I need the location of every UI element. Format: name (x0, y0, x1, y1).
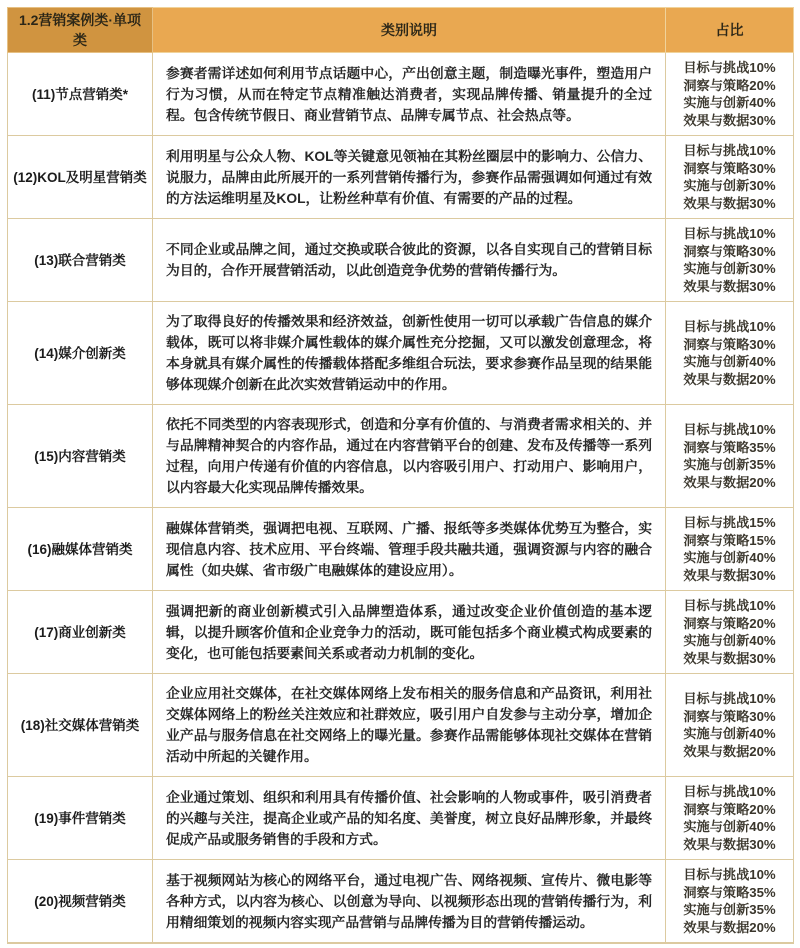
ratio-line: 目标与挑战10% (668, 783, 791, 801)
ratio-cell: 目标与挑战10%洞察与策略20%实施与创新40%效果与数据30% (666, 777, 794, 860)
ratio-line: 目标与挑战10% (668, 597, 791, 615)
table-row: (16)融媒体营销类 融媒体营销类，强调把电视、互联网、广播、报纸等多类媒体优势… (8, 508, 794, 591)
ratio-line: 效果与数据20% (668, 743, 791, 761)
category-cell: (11)节点营销类* (8, 53, 153, 136)
ratio-line: 实施与创新40% (668, 632, 791, 650)
table-row: (12)KOL及明星营销类 利用明星与公众人物、KOL等关键意见领袖在其粉丝圈层… (8, 136, 794, 219)
ratio-line: 洞察与策略30% (668, 160, 791, 178)
category-cell: (18)社交媒体营销类 (8, 674, 153, 777)
ratio-cell: 目标与挑战15%洞察与策略15%实施与创新40%效果与数据30% (666, 508, 794, 591)
ratio-cell: 目标与挑战10%洞察与策略30%实施与创新30%效果与数据30% (666, 219, 794, 302)
ratio-line: 效果与数据20% (668, 919, 791, 937)
description-cell: 不同企业或品牌之间，通过交换或联合彼此的资源，以各自实现自己的营销目标为目的，合… (153, 219, 666, 302)
category-cell: (16)融媒体营销类 (8, 508, 153, 591)
category-cell: (15)内容营销类 (8, 405, 153, 508)
ratio-line: 实施与创新40% (668, 725, 791, 743)
ratio-cell: 目标与挑战10%洞察与策略35%实施与创新35%效果与数据20% (666, 405, 794, 508)
category-cell: (19)事件营销类 (8, 777, 153, 860)
description-cell: 参赛者需详述如何利用节点话题中心，产出创意主题，制造曝光事件，塑造用户行为习惯，… (153, 53, 666, 136)
description-cell: 为了取得良好的传播效果和经济效益，创新性使用一切可以承载广告信息的媒介载体，既可… (153, 302, 666, 405)
ratio-cell: 目标与挑战10%洞察与策略30%实施与创新40%效果与数据20% (666, 674, 794, 777)
header-row: 1.2营销案例类·单项类 类别说明 占比 (8, 8, 794, 53)
ratio-line: 洞察与策略15% (668, 532, 791, 550)
description-cell: 融媒体营销类，强调把电视、互联网、广播、报纸等多类媒体优势互为整合，实现信息内容… (153, 508, 666, 591)
category-cell: (17)商业创新类 (8, 591, 153, 674)
ratio-line: 目标与挑战10% (668, 866, 791, 884)
table-row: (15)内容营销类 依托不同类型的内容表现形式，创造和分享有价值的、与消费者需求… (8, 405, 794, 508)
ratio-cell: 目标与挑战10%洞察与策略20%实施与创新40%效果与数据30% (666, 53, 794, 136)
ratio-line: 洞察与策略35% (668, 439, 791, 457)
description-cell: 企业应用社交媒体，在社交媒体网络上发布相关的服务信息和产品资讯，利用社交媒体网络… (153, 674, 666, 777)
table-body: (11)节点营销类* 参赛者需详述如何利用节点话题中心，产出创意主题，制造曝光事… (8, 53, 794, 944)
header-category-group: 1.2营销案例类·单项类 (8, 8, 153, 53)
ratio-line: 效果与数据30% (668, 836, 791, 854)
ratio-line: 效果与数据30% (668, 112, 791, 130)
page: { "table": { "header": { "col1": "1.2营销案… (0, 0, 800, 948)
ratio-line: 实施与创新40% (668, 353, 791, 371)
header-description: 类别说明 (153, 8, 666, 53)
ratio-cell: 目标与挑战10%洞察与策略30%实施与创新40%效果与数据20% (666, 302, 794, 405)
ratio-line: 目标与挑战15% (668, 514, 791, 532)
ratio-line: 实施与创新30% (668, 177, 791, 195)
ratio-line: 效果与数据20% (668, 371, 791, 389)
ratio-line: 洞察与策略30% (668, 708, 791, 726)
category-cell: (12)KOL及明星营销类 (8, 136, 153, 219)
ratio-cell: 目标与挑战10%洞察与策略20%实施与创新40%效果与数据30% (666, 591, 794, 674)
ratio-line: 目标与挑战10% (668, 142, 791, 160)
ratio-line: 洞察与策略20% (668, 615, 791, 633)
ratio-line: 洞察与策略30% (668, 243, 791, 261)
category-cell: (13)联合营销类 (8, 219, 153, 302)
table-row: (20)视频营销类 基于视频网站为核心的网络平台，通过电视广告、网络视频、宣传片… (8, 860, 794, 944)
header-ratio: 占比 (666, 8, 794, 53)
ratio-line: 实施与创新35% (668, 901, 791, 919)
description-cell: 企业通过策划、组织和利用具有传播价值、社会影响的人物或事件，吸引消费者的兴趣与关… (153, 777, 666, 860)
table-row: (13)联合营销类 不同企业或品牌之间，通过交换或联合彼此的资源，以各自实现自己… (8, 219, 794, 302)
ratio-line: 目标与挑战10% (668, 59, 791, 77)
ratio-line: 效果与数据30% (668, 567, 791, 585)
category-cell: (20)视频营销类 (8, 860, 153, 944)
ratio-line: 效果与数据30% (668, 195, 791, 213)
ratio-line: 目标与挑战10% (668, 421, 791, 439)
table-row: (11)节点营销类* 参赛者需详述如何利用节点话题中心，产出创意主题，制造曝光事… (8, 53, 794, 136)
ratio-line: 效果与数据20% (668, 474, 791, 492)
category-table: 1.2营销案例类·单项类 类别说明 占比 (11)节点营销类* 参赛者需详述如何… (7, 7, 794, 944)
ratio-line: 目标与挑战10% (668, 690, 791, 708)
ratio-line: 洞察与策略35% (668, 884, 791, 902)
ratio-line: 效果与数据30% (668, 278, 791, 296)
ratio-line: 实施与创新35% (668, 456, 791, 474)
ratio-line: 洞察与策略20% (668, 801, 791, 819)
ratio-cell: 目标与挑战10%洞察与策略35%实施与创新35%效果与数据20% (666, 860, 794, 944)
ratio-line: 洞察与策略30% (668, 336, 791, 354)
description-cell: 强调把新的商业创新模式引入品牌塑造体系，通过改变企业价值创造的基本逻辑，以提升顾… (153, 591, 666, 674)
description-cell: 依托不同类型的内容表现形式，创造和分享有价值的、与消费者需求相关的、并与品牌精神… (153, 405, 666, 508)
ratio-line: 目标与挑战10% (668, 225, 791, 243)
table-row: (17)商业创新类 强调把新的商业创新模式引入品牌塑造体系，通过改变企业价值创造… (8, 591, 794, 674)
table-wrapper: 1.2营销案例类·单项类 类别说明 占比 (11)节点营销类* 参赛者需详述如何… (0, 0, 800, 948)
ratio-line: 效果与数据30% (668, 650, 791, 668)
ratio-line: 实施与创新40% (668, 549, 791, 567)
category-cell: (14)媒介创新类 (8, 302, 153, 405)
ratio-line: 目标与挑战10% (668, 318, 791, 336)
ratio-line: 实施与创新40% (668, 94, 791, 112)
ratio-line: 实施与创新40% (668, 818, 791, 836)
table-row: (14)媒介创新类 为了取得良好的传播效果和经济效益，创新性使用一切可以承载广告… (8, 302, 794, 405)
description-cell: 基于视频网站为核心的网络平台，通过电视广告、网络视频、宣传片、微电影等各种方式，… (153, 860, 666, 944)
description-cell: 利用明星与公众人物、KOL等关键意见领袖在其粉丝圈层中的影响力、公信力、说服力，… (153, 136, 666, 219)
table-row: (19)事件营销类 企业通过策划、组织和利用具有传播价值、社会影响的人物或事件，… (8, 777, 794, 860)
ratio-line: 实施与创新30% (668, 260, 791, 278)
table-row: (18)社交媒体营销类 企业应用社交媒体，在社交媒体网络上发布相关的服务信息和产… (8, 674, 794, 777)
ratio-cell: 目标与挑战10%洞察与策略30%实施与创新30%效果与数据30% (666, 136, 794, 219)
ratio-line: 洞察与策略20% (668, 77, 791, 95)
